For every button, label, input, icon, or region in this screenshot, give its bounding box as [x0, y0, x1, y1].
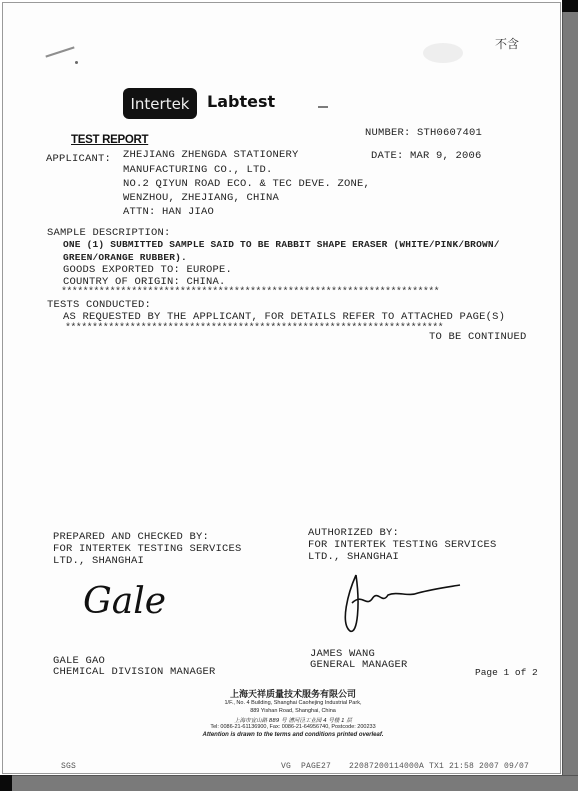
authorized-label: AUTHORIZED BY:	[308, 527, 399, 539]
tests-conducted-label: TESTS CONDUCTED:	[47, 299, 151, 311]
fax-header-middle: VG PAGE27	[281, 762, 331, 771]
footer-notice: Attention is drawn to the terms and cond…	[163, 732, 423, 738]
footer-address: 1/F., No. 4 Building, Shanghai Caohejing…	[163, 700, 423, 706]
tests-conducted-text: AS REQUESTED BY THE APPLICANT, FOR DETAI…	[63, 311, 505, 323]
date-label: DATE:	[371, 150, 404, 162]
applicant-line: ZHEJIANG ZHENGDA STATIONERY	[123, 149, 299, 161]
sample-line: GREEN/ORANGE RUBBER).	[63, 252, 187, 263]
authorized-org-line: FOR INTERTEK TESTING SERVICES	[308, 539, 497, 551]
scan-speck	[75, 61, 78, 64]
prepared-label: PREPARED AND CHECKED BY:	[53, 531, 209, 543]
date-value: MAR 9, 2006	[410, 150, 482, 162]
number-label: NUMBER:	[365, 127, 411, 139]
authorized-signature-drawing	[338, 573, 468, 635]
prepared-role: CHEMICAL DIVISION MANAGER	[53, 666, 216, 678]
scan-mark	[45, 46, 74, 57]
logo-badge-text: Intertek	[130, 95, 189, 113]
sample-line: GOODS EXPORTED TO: EUROPE.	[63, 264, 232, 276]
prepared-org-line: LTD., SHANGHAI	[53, 555, 144, 567]
authorized-role: GENERAL MANAGER	[310, 659, 408, 671]
applicant-label: APPLICANT:	[46, 153, 111, 165]
page-indicator: Page 1 of 2	[475, 667, 538, 678]
fax-header-right: 22087200114000A TX1 21:58 2007 09/07	[349, 762, 529, 771]
number-value: STH0607401	[417, 127, 482, 139]
labtest-logo-text: Labtest	[207, 92, 275, 111]
sample-description-label: SAMPLE DESCRIPTION:	[47, 227, 171, 239]
applicant-line: NO.2 QIYUN ROAD ECO. & TEC DEVE. ZONE,	[123, 178, 370, 190]
test-report-page: 不含 Intertek Labtest TEST REPORT NUMBER: …	[2, 2, 561, 774]
prepared-org-line: FOR INTERTEK TESTING SERVICES	[53, 543, 242, 555]
footer-company-cn: 上海天祥质量技术服务有限公司	[163, 687, 423, 700]
fax-header-left: SGS	[61, 762, 76, 771]
report-title: TEST REPORT	[71, 134, 148, 146]
separator-line: ****************************************…	[61, 287, 439, 298]
scan-shadow-bottom	[12, 775, 578, 791]
applicant-line: WENZHOU, ZHEJIANG, CHINA	[123, 192, 279, 204]
intertek-logo: Intertek	[123, 88, 197, 119]
scan-shadow-right	[562, 12, 578, 791]
applicant-line: ATTN: HAN JIAO	[123, 206, 214, 218]
prepared-signature: Gale	[83, 581, 166, 622]
footer-address-cn: 上海市宜山路 889 号 漕河泾工业园 4 号楼 1 层	[163, 716, 423, 724]
scan-speck	[423, 43, 463, 63]
sample-line: ONE (1) SUBMITTED SAMPLE SAID TO BE RABB…	[63, 239, 500, 250]
footer-contact: Tel: 0086-21-61136900, Fax: 0086-21-6495…	[163, 724, 423, 730]
to-be-continued: TO BE CONTINUED	[429, 331, 527, 343]
footer-address: 889 Yishan Road, Shanghai, China	[163, 708, 423, 714]
report-date: DATE: MAR 9, 2006	[371, 150, 482, 162]
report-number: NUMBER: STH0607401	[365, 127, 482, 139]
authorized-org-line: LTD., SHANGHAI	[308, 551, 399, 563]
scan-mark	[318, 106, 328, 108]
applicant-line: MANUFACTURING CO., LTD.	[123, 164, 273, 176]
separator-line: ****************************************…	[65, 323, 443, 334]
handwritten-mark: 不含	[495, 35, 519, 52]
